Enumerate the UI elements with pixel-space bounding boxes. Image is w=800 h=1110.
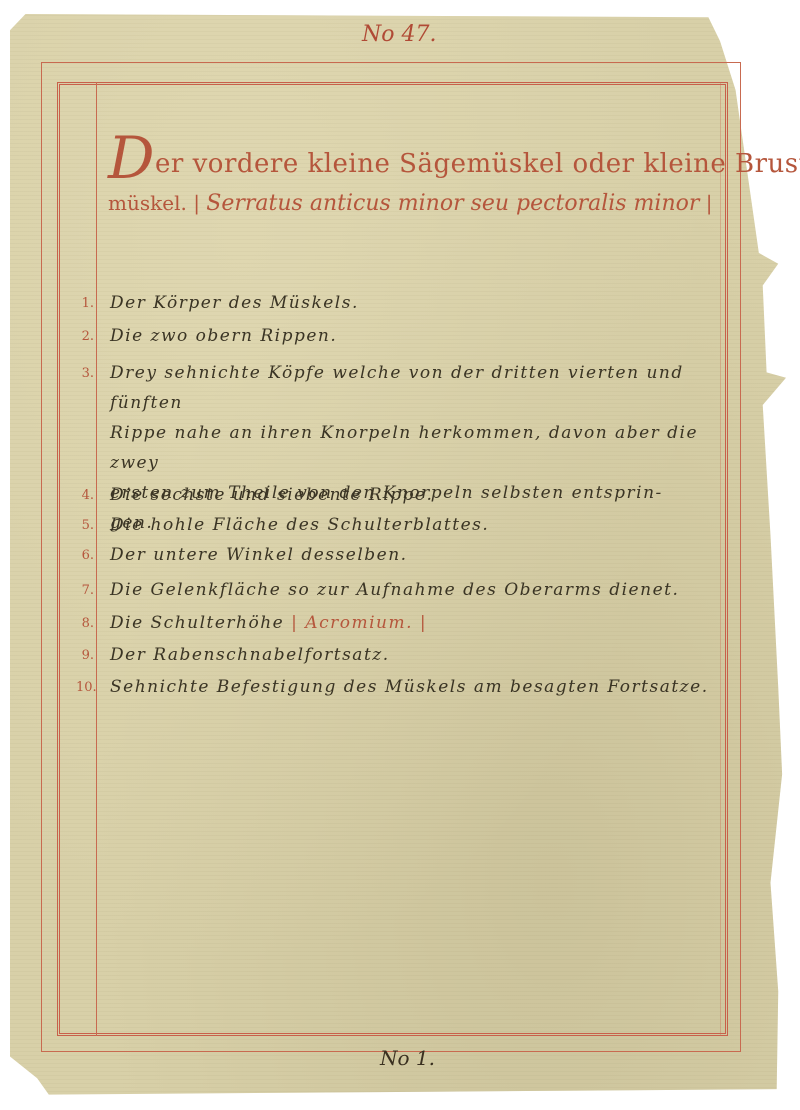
item-line: Rippe nahe an ihren Knorpeln herkommen, …	[110, 418, 730, 478]
item-text: Der untere Winkel desselben.	[110, 540, 730, 570]
item-number: 10.	[76, 680, 94, 695]
item-text: Die sechste und siebente Rippe.	[110, 480, 730, 510]
title-german-continuation: müskel.	[108, 191, 187, 215]
item-number: 3.	[76, 366, 94, 381]
bracket-close: |	[706, 191, 713, 215]
item-text: Die Schulterhöhe | Acromium. |	[110, 608, 730, 638]
item-number: 5.	[76, 518, 94, 533]
item-german-text: Die Schulterhöhe	[110, 613, 284, 633]
item-number: 1.	[76, 296, 94, 311]
item-number: 6.	[76, 548, 94, 563]
item-text: Sehnichte Befestigung des Müskels am bes…	[110, 672, 730, 702]
item-latin-term: | Acromium. |	[291, 613, 427, 633]
item-text: Die hohle Fläche des Schulterblattes.	[110, 510, 730, 540]
decorated-initial: D	[108, 124, 155, 192]
item-number: 9.	[76, 648, 94, 663]
item-line: Drey sehnichte Köpfe welche von der drit…	[110, 358, 730, 418]
folio-number-top: No 47.	[362, 22, 436, 47]
title-latin-line: müskel. | Serratus anticus minor seu pec…	[108, 188, 728, 219]
item-text: Der Körper des Müskels.	[110, 288, 730, 318]
item-number: 8.	[76, 616, 94, 631]
item-number: 7.	[76, 583, 94, 598]
page-title: Der vordere kleine Sägemüskel oder klein…	[108, 128, 728, 219]
bracket-open: |	[193, 191, 200, 215]
item-number: 4.	[76, 488, 94, 503]
item-text: Die Gelenkfläche so zur Aufnahme des Obe…	[110, 575, 730, 605]
title-german-line: Der vordere kleine Sägemüskel oder klein…	[108, 128, 728, 194]
item-text: Die zwo obern Rippen.	[110, 321, 730, 351]
title-latin-text: Serratus anticus minor seu pectoralis mi…	[206, 191, 699, 216]
title-german-text: er vordere kleine Sägemüskel oder kleine…	[155, 149, 800, 179]
item-number: 2.	[76, 329, 94, 344]
margin-rule	[96, 82, 97, 1036]
item-text: Der Rabenschnabelfortsatz.	[110, 640, 730, 670]
folio-number-bottom: No 1.	[380, 1046, 435, 1070]
